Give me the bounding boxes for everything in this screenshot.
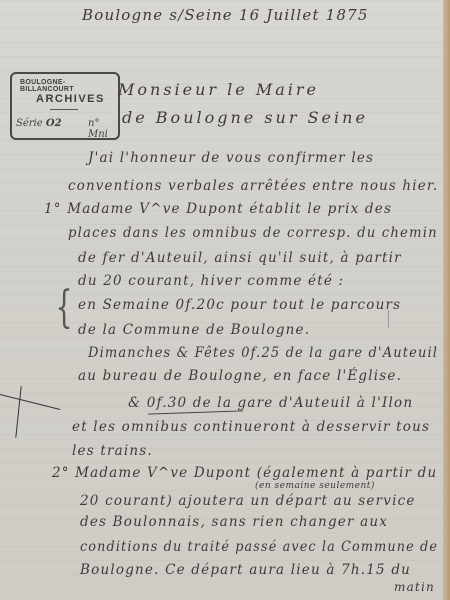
salutation-line-2: de Boulogne sur Seine xyxy=(122,108,368,127)
body-line-9: Dimanches & Fêtes 0f.25 de la gare d'Aut… xyxy=(88,345,438,361)
stamp-rule xyxy=(50,109,78,110)
body-line-5: de fer d'Auteuil, ainsi qu'il suit, à pa… xyxy=(78,250,402,266)
stamp-number: n° Mni xyxy=(88,118,118,140)
stamp-title: ARCHIVES xyxy=(36,93,105,105)
body-line-6: du 20 courant, hiver comme été : xyxy=(78,273,344,289)
stamp-town: BOULOGNE-BILLANCOURT xyxy=(20,79,118,93)
body-line-19: matin xyxy=(394,580,435,594)
body-line-16: des Boulonnais, sans rien changer aux xyxy=(80,514,388,530)
body-line-12: et les omnibus continueront à desservir … xyxy=(72,419,430,435)
stamp-serie: Série O2 xyxy=(16,118,62,129)
body-line-13: les trains. xyxy=(72,443,153,459)
body-line-7: en Semaine 0f.20c pour tout le parcours xyxy=(78,297,401,313)
body-line-10: au bureau de Boulogne, en face l'Église. xyxy=(78,368,402,384)
interlinear-note: (en semaine seulement) xyxy=(255,481,375,491)
page-edge xyxy=(443,0,450,600)
body-line-2: conventions verbales arrêtées entre nous… xyxy=(68,178,438,194)
body-line-4: places dans les omnibus de corresp. du c… xyxy=(68,225,438,241)
brace-mark: { xyxy=(56,282,73,333)
body-line-11: & 0f.30 de la gare d'Auteuil à l'Ilon xyxy=(128,395,413,411)
body-line-18: Boulogne. Ce départ aura lieu à 7h.15 du xyxy=(80,562,411,578)
body-line-8: de la Commune de Boulogne. xyxy=(78,322,310,338)
margin-mark xyxy=(388,310,389,328)
body-line-3: 1° Madame V^ve Dupont établit le prix de… xyxy=(44,201,392,217)
archives-stamp: BOULOGNE-BILLANCOURT ARCHIVES Série O2 n… xyxy=(10,72,120,140)
salutation-line-1: Monsieur le Maire xyxy=(118,80,319,99)
body-line-1: J'ai l'honneur de vous confirmer les xyxy=(88,150,374,166)
body-line-17: conditions du traité passé avec la Commu… xyxy=(80,539,438,555)
body-line-15: 20 courant) ajoutera un départ au servic… xyxy=(80,493,416,509)
body-line-14: 2° Madame V^ve Dupont (également à parti… xyxy=(52,465,437,481)
dateline: Boulogne s/Seine 16 Juillet 1875 xyxy=(82,6,369,24)
